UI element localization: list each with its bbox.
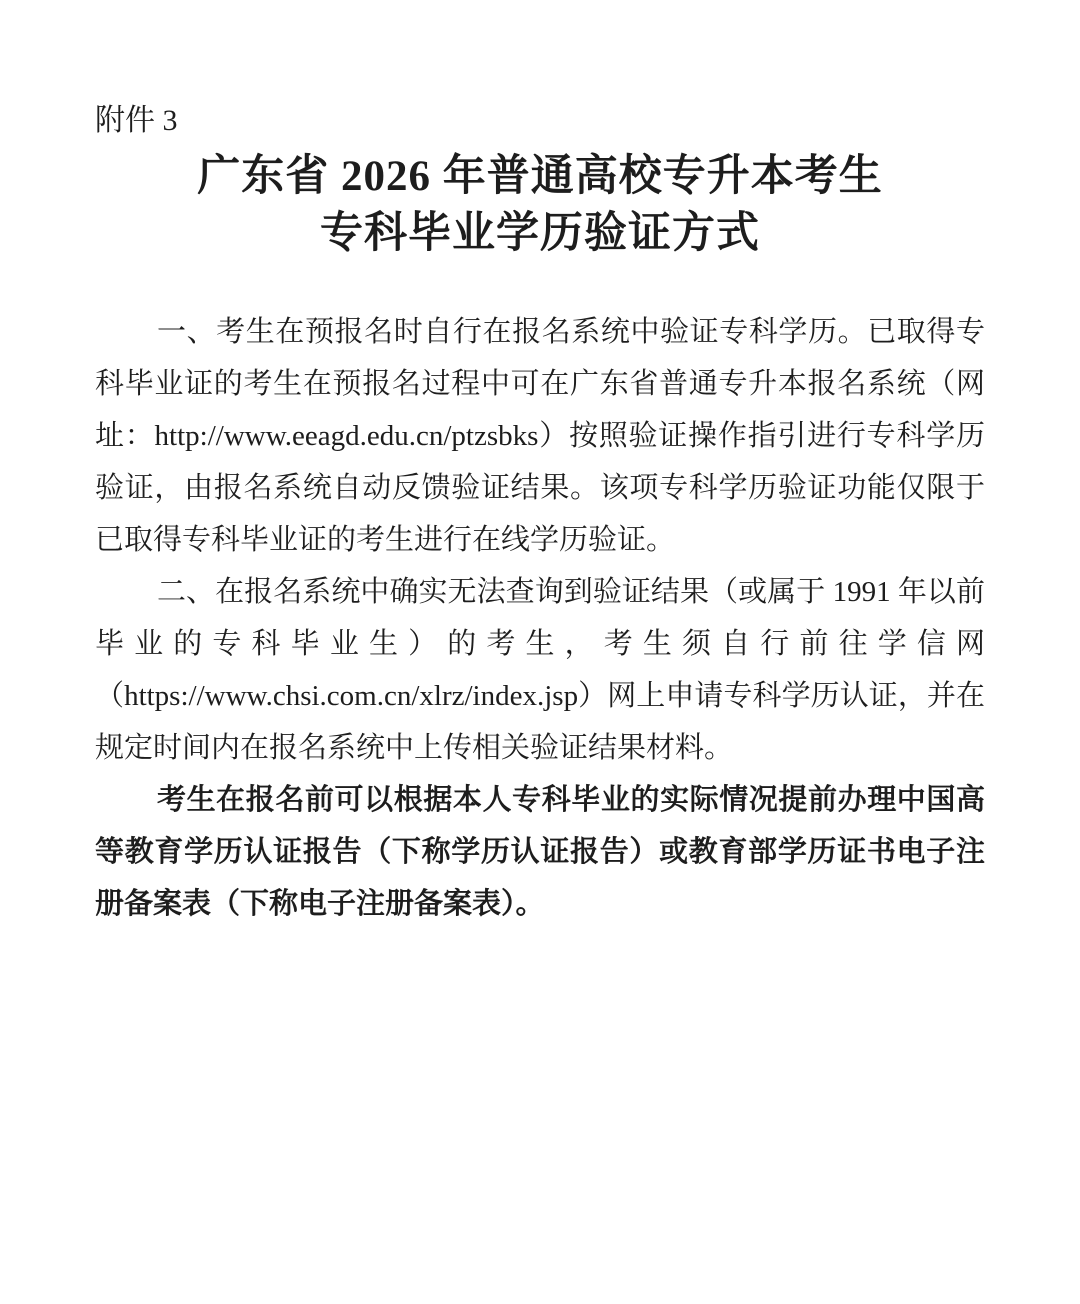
body-line: 考生在报名前可以根据本人专科毕业的实际情况提前办理中国高 — [95, 774, 985, 826]
body-line-url: 址：http://www.eeagd.edu.cn/ptzsbks）按照验证操作… — [95, 410, 985, 462]
document-page: 附件 3 广东省 2026 年普通高校专升本考生 专科毕业学历验证方式 一、考生… — [0, 0, 1080, 1304]
body-line: 科毕业证的考生在预报名过程中可在广东省普通专升本报名系统（网 — [95, 358, 985, 410]
document-body: 一、考生在预报名时自行在报名系统中验证专科学历。已取得专 科毕业证的考生在预报名… — [95, 306, 985, 930]
document-title: 广东省 2026 年普通高校专升本考生 专科毕业学历验证方式 — [95, 148, 985, 262]
body-line: 二、在报名系统中确实无法查询到验证结果（或属于 1991 年以前 — [95, 566, 985, 618]
body-line: 已取得专科毕业证的考生进行在线学历验证。 — [95, 514, 985, 566]
body-line: 规定时间内在报名系统中上传相关验证结果材料。 — [95, 722, 985, 774]
document-title-line1: 广东省 2026 年普通高校专升本考生 — [95, 148, 985, 205]
paragraph-1: 一、考生在预报名时自行在报名系统中验证专科学历。已取得专 科毕业证的考生在预报名… — [95, 306, 985, 566]
body-line: 册备案表（下称电子注册备案表）。 — [95, 878, 985, 930]
paragraph-3: 考生在报名前可以根据本人专科毕业的实际情况提前办理中国高 等教育学历认证报告（下… — [95, 774, 985, 930]
paragraph-2: 二、在报名系统中确实无法查询到验证结果（或属于 1991 年以前 毕业的专科毕业… — [95, 566, 985, 774]
attachment-label: 附件 3 — [95, 0, 985, 138]
body-line: 等教育学历认证报告（下称学历认证报告）或教育部学历证书电子注 — [95, 826, 985, 878]
document-title-line2: 专科毕业学历验证方式 — [95, 205, 985, 262]
body-line: 验证，由报名系统自动反馈验证结果。该项专科学历验证功能仅限于 — [95, 462, 985, 514]
body-line: 一、考生在预报名时自行在报名系统中验证专科学历。已取得专 — [95, 306, 985, 358]
body-line: 毕业的专科毕业生）的考生，考生须自行前往学信网 — [95, 618, 985, 670]
body-line-url: （https://www.chsi.com.cn/xlrz/index.jsp）… — [95, 670, 985, 722]
